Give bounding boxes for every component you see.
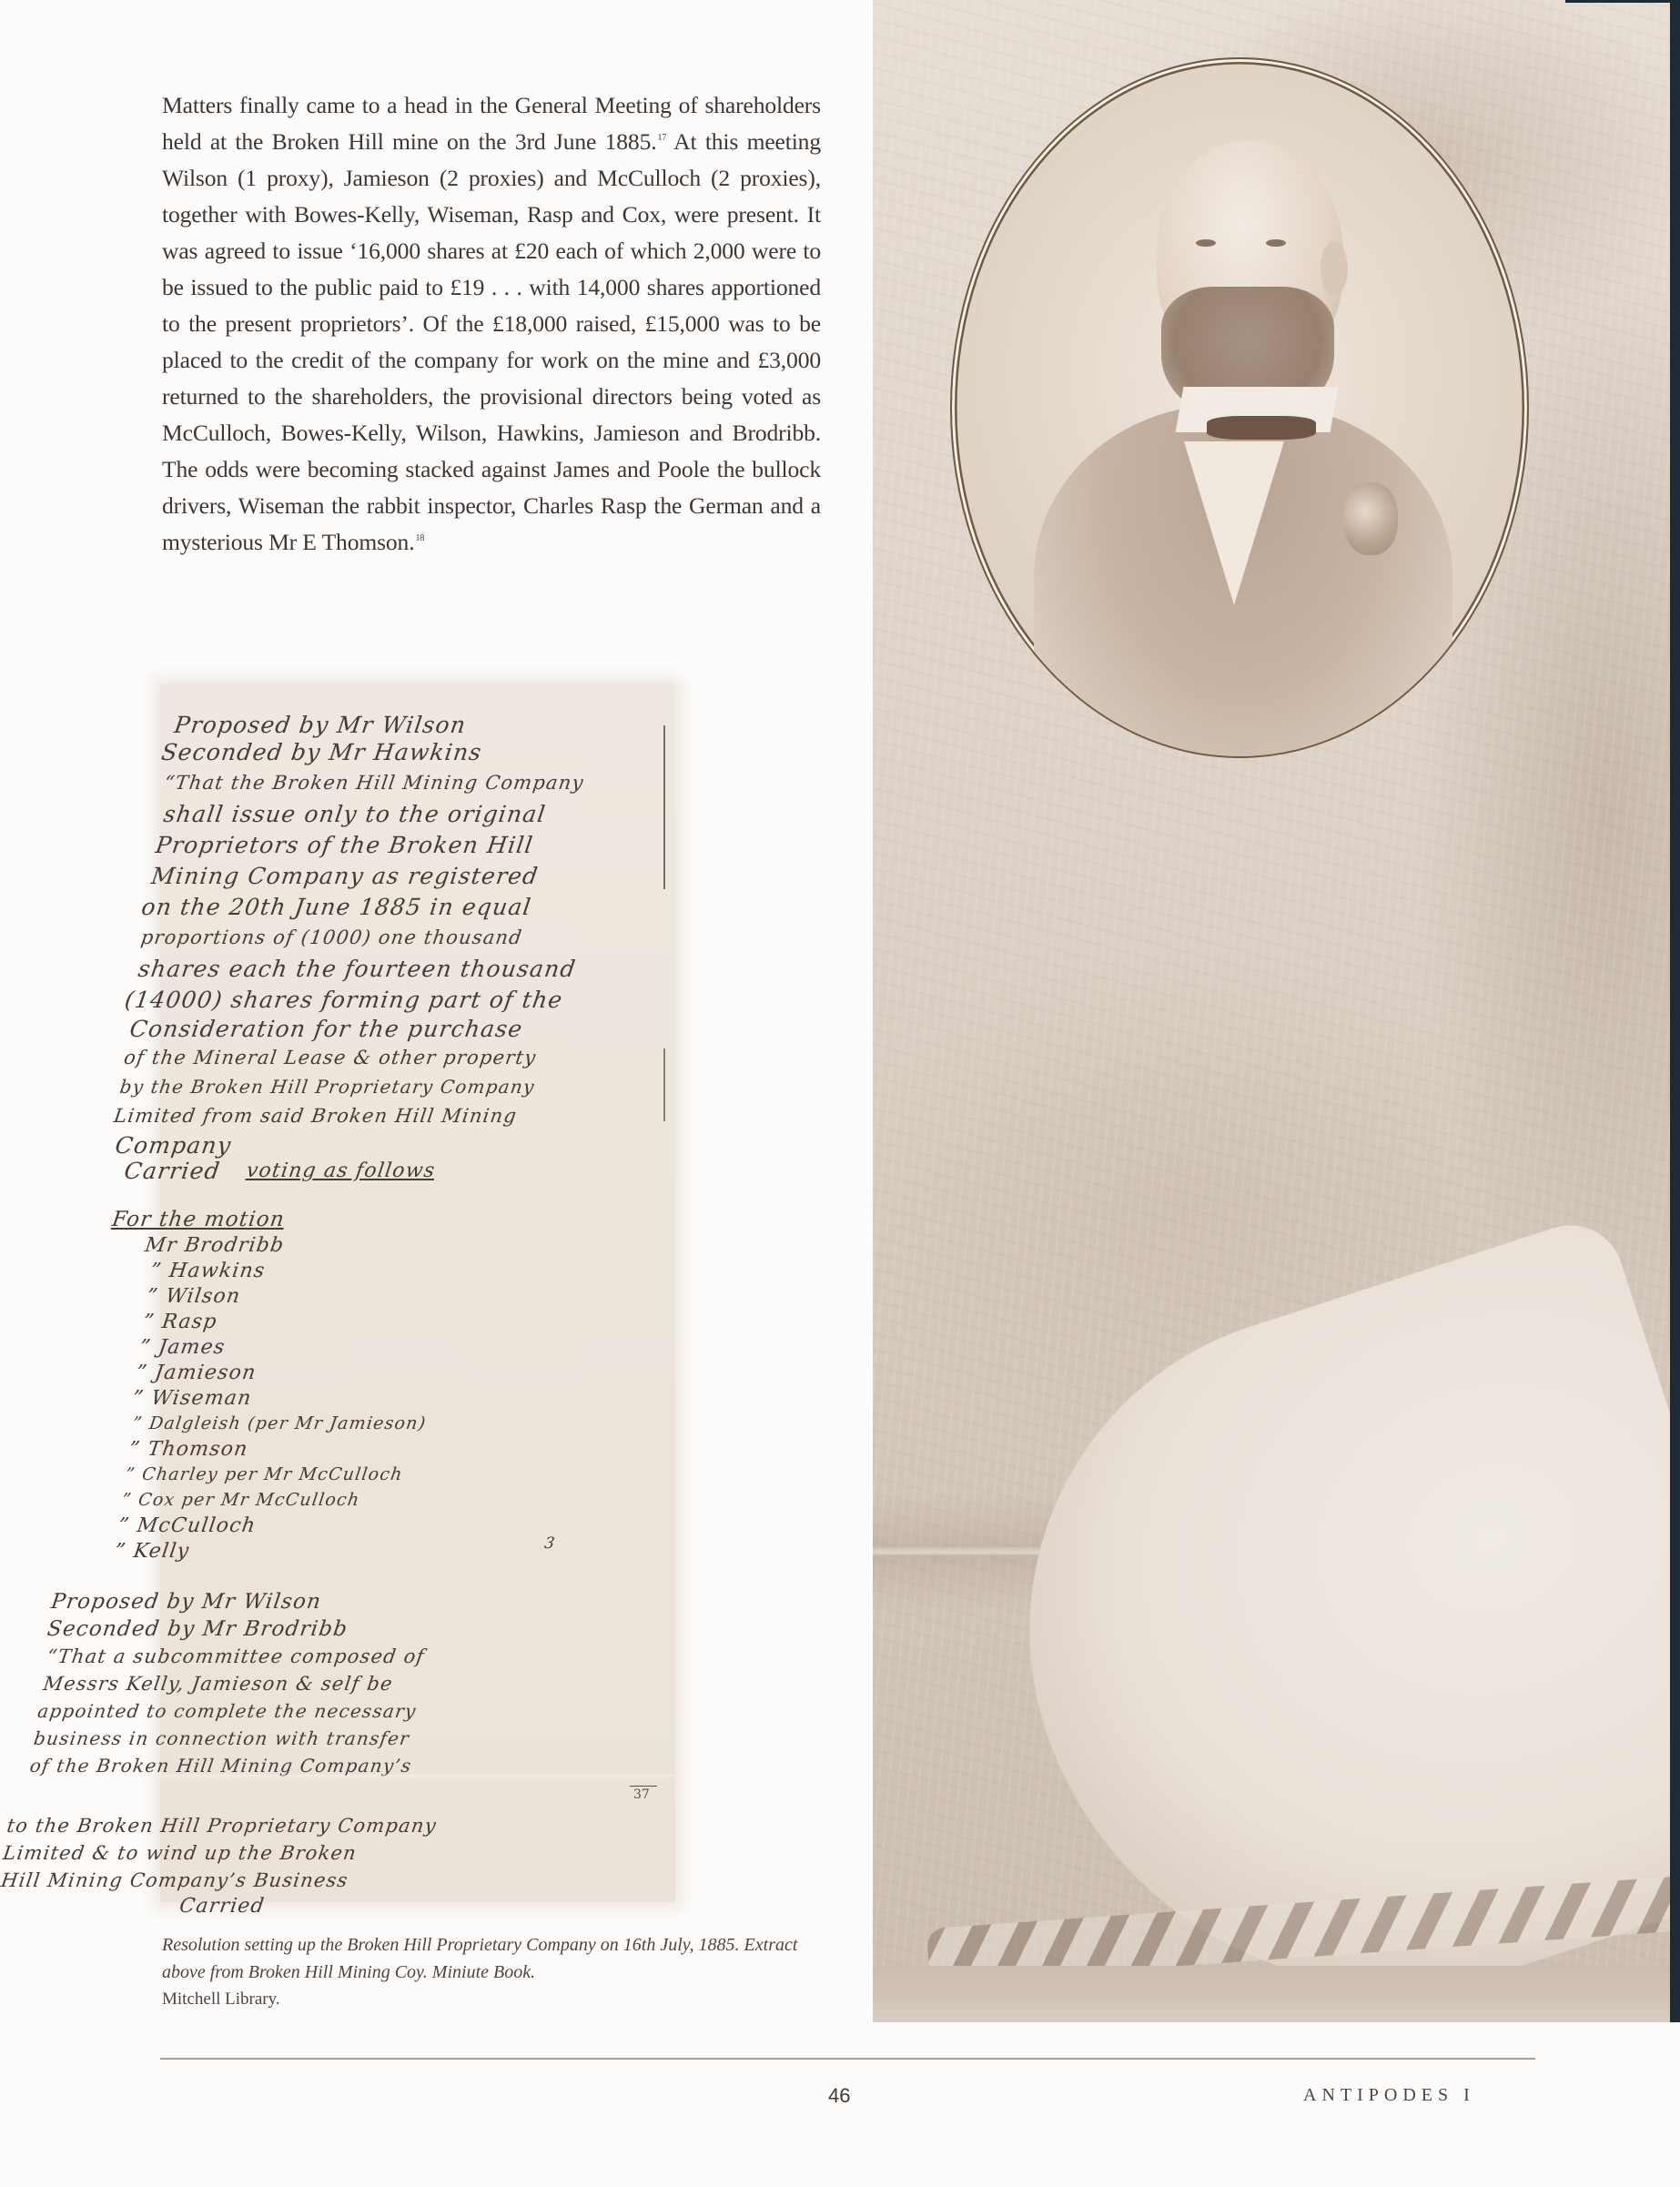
ms-line: appointed to complete the necessary bbox=[35, 1696, 419, 1727]
ms-line: Messrs Kelly, Jamieson & self be bbox=[41, 1669, 395, 1700]
page-join-line bbox=[160, 1775, 675, 1778]
ms-line: Mining Company as registered bbox=[149, 861, 541, 892]
ms-line: on the 20th June 1885 in equal bbox=[139, 892, 533, 923]
folio-number: 37 bbox=[633, 1787, 650, 1802]
ms-line: Seconded by Mr Brodribb bbox=[46, 1615, 350, 1645]
ms-line: to the Broken Hill Proprietary Company bbox=[5, 1811, 439, 1842]
page-edge-border bbox=[1670, 0, 1680, 2022]
ms-line: Limited & to wind up the Broken bbox=[1, 1838, 359, 1869]
figure-caption: Resolution setting up the Broken Hill Pr… bbox=[162, 1931, 835, 2013]
footnote-ref-18[interactable]: 18 bbox=[415, 533, 424, 543]
page-number: 46 bbox=[828, 2084, 850, 2108]
ms-line: shares each the fourteen thousand bbox=[137, 954, 579, 985]
folio-rule bbox=[630, 1786, 657, 1787]
portrait-man bbox=[952, 59, 1527, 756]
caption-credit: Mitchell Library. bbox=[162, 1986, 835, 2013]
paragraph-part-2: At this meeting Wilson (1 proxy), Jamies… bbox=[162, 128, 821, 555]
footer-rule bbox=[160, 2058, 1535, 2060]
ms-line: “That a subcommittee composed of bbox=[45, 1642, 426, 1673]
portrait-photograph bbox=[873, 0, 1670, 2022]
caption-text: Resolution setting up the Broken Hill Pr… bbox=[162, 1935, 797, 1982]
oval-portrait-frame bbox=[950, 57, 1529, 758]
ms-line: Limited from said Broken Hill Mining bbox=[112, 1101, 519, 1132]
ms-line: Hill Mining Company’s Business bbox=[0, 1866, 350, 1897]
ms-carried-final: Carried bbox=[177, 1891, 267, 1922]
article-paragraph: Matters finally came to a head in the Ge… bbox=[162, 87, 821, 561]
margin-rule bbox=[663, 1048, 665, 1121]
portrait-bow-tie bbox=[1207, 416, 1316, 440]
ms-line: shall issue only to the original bbox=[162, 799, 549, 830]
portrait-buttonhole-flower bbox=[1343, 482, 1398, 555]
ms-line: Proposed by Mr Wilson bbox=[49, 1587, 324, 1618]
ms-line: (14000) shares forming part of the bbox=[123, 985, 565, 1016]
ms-line: of the Mineral Lease & other property bbox=[122, 1043, 539, 1074]
running-head: ANTIPODES I bbox=[1303, 2085, 1475, 2106]
footnote-ref-17[interactable]: 17 bbox=[657, 133, 666, 143]
page-edge-border-top bbox=[1565, 0, 1680, 3]
portrait-eyes bbox=[1189, 239, 1298, 248]
ms-voter: ” Kelly bbox=[113, 1536, 192, 1567]
ms-line: Proposed by Mr Wilson bbox=[172, 710, 468, 741]
ms-line: by the Broken Hill Proprietary Company bbox=[117, 1072, 536, 1103]
ms-line: “That the Broken Hill Mining Company bbox=[162, 768, 586, 799]
ms-line: Seconded by Mr Hawkins bbox=[159, 737, 484, 768]
ms-line: Proprietors of the Broken Hill bbox=[154, 830, 535, 861]
ms-margin-mark: 3 bbox=[542, 1529, 558, 1560]
manuscript-minute-book-image: Proposed by Mr Wilson Seconded by Mr Haw… bbox=[160, 684, 675, 1902]
margin-rule bbox=[663, 725, 665, 889]
portrait-ear bbox=[1321, 241, 1348, 296]
ms-line: proportions of (1000) one thousand bbox=[138, 923, 524, 954]
ms-line: Consideration for the purchase bbox=[127, 1014, 524, 1045]
ms-voting-note: voting as follows bbox=[244, 1156, 437, 1187]
ms-carried: Carried bbox=[122, 1156, 222, 1187]
ms-line: business in connection with transfer bbox=[32, 1724, 412, 1755]
floor bbox=[873, 1966, 1670, 2022]
